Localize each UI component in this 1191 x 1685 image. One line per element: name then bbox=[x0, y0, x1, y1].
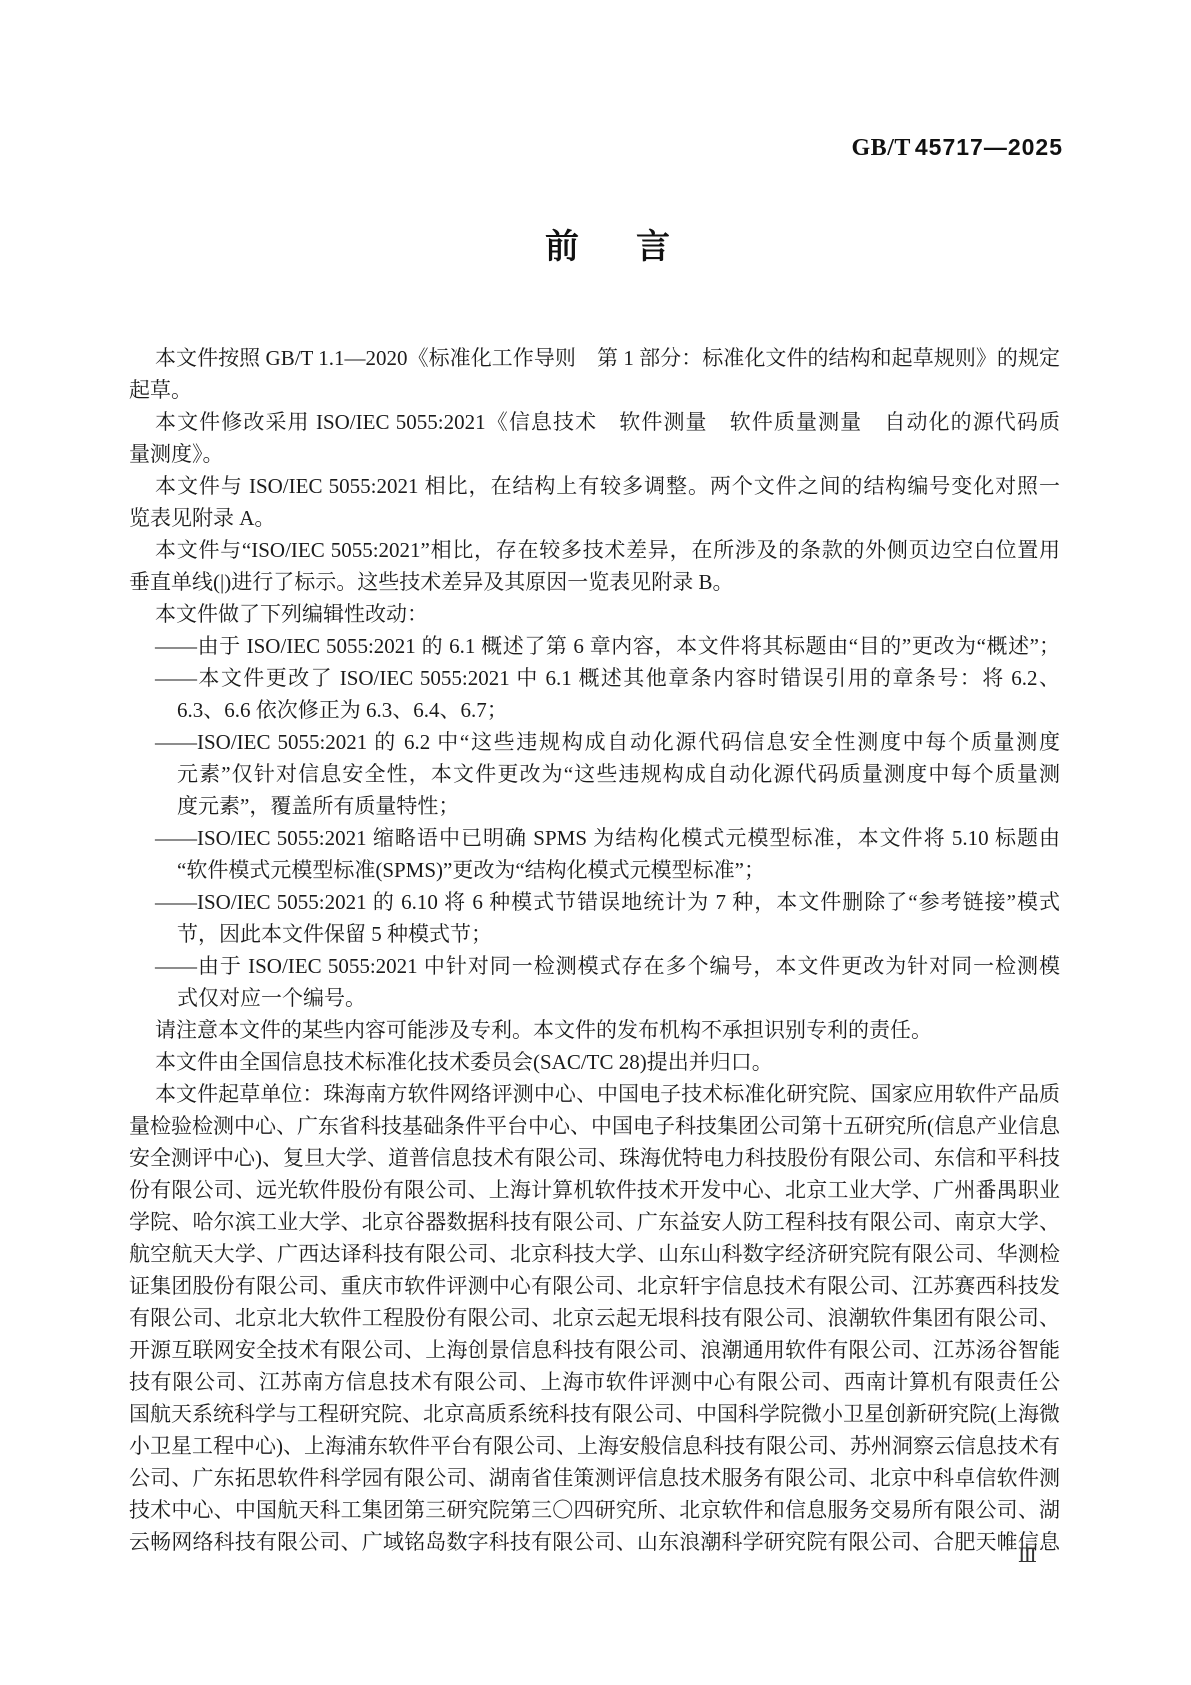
text-line: ——ISO/IEC 5055:2021 的 6.2 中“这些违规构成自动化源代码… bbox=[129, 726, 1060, 758]
text-line: 本文件由全国信息技术标准化技术委员会(SAC/TC 28)提出并归口。 bbox=[129, 1046, 1060, 1078]
text-line: 公司、广东拓思软件科学园有限公司、湖南省佳策测评信息技术服务有限公司、北京中科卓… bbox=[129, 1462, 1060, 1494]
text-line: 有限公司、北京北大软件工程股份有限公司、北京云起无垠科技有限公司、浪潮软件集团有… bbox=[129, 1302, 1060, 1334]
text-line: 开源互联网安全技术有限公司、上海创景信息科技有限公司、浪潮通用软件有限公司、江苏… bbox=[129, 1334, 1060, 1366]
text-line: 本文件与“ISO/IEC 5055:2021”相比，存在较多技术差异，在所涉及的… bbox=[129, 534, 1060, 566]
text-line: ——ISO/IEC 5055:2021 缩略语中已明确 SPMS 为结构化模式元… bbox=[129, 822, 1060, 854]
text-line: 技有限公司、江苏南方信息技术有限公司、上海市软件评测中心有限公司、西南计算机有限… bbox=[129, 1366, 1060, 1398]
page-number: Ⅲ bbox=[1018, 1546, 1037, 1566]
text-line: 技术中心、中国航天科工集团第三研究院第三〇四研究所、北京软件和信息服务交易所有限… bbox=[129, 1494, 1060, 1526]
foreword-body: 本文件按照 GB/T 1.1—2020《标准化工作导则 第 1 部分：标准化文件… bbox=[129, 342, 1060, 1558]
text-line: 垂直单线(|)进行了标示。这些技术差异及其原因一览表见附录 B。 bbox=[129, 566, 1060, 598]
text-line: 起草。 bbox=[129, 374, 1060, 406]
text-line: ——由于 ISO/IEC 5055:2021 的 6.1 概述了第 6 章内容，… bbox=[129, 630, 1060, 662]
standard-number: GB/T 45717—2025 bbox=[852, 134, 1063, 162]
text-line: ——本文件更改了 ISO/IEC 5055:2021 中 6.1 概述其他章条内… bbox=[129, 662, 1060, 694]
text-line: ——ISO/IEC 5055:2021 的 6.10 将 6 种模式节错误地统计… bbox=[129, 886, 1060, 918]
text-line: 本文件按照 GB/T 1.1—2020《标准化工作导则 第 1 部分：标准化文件… bbox=[129, 342, 1060, 374]
text-line: 本文件起草单位：珠海南方软件网络评测中心、中国电子技术标准化研究院、国家应用软件… bbox=[129, 1078, 1060, 1110]
text-line: 式仅对应一个编号。 bbox=[129, 982, 1060, 1014]
foreword-title: 前 言 bbox=[12, 228, 1191, 266]
standard-code: 45717—2025 bbox=[915, 134, 1063, 160]
foreword-title-char-second: 言 bbox=[636, 228, 670, 266]
text-line: 览表见附录 A。 bbox=[129, 502, 1060, 534]
text-line: 量测度》。 bbox=[129, 438, 1060, 470]
text-line: 度元素”，覆盖所有质量特性； bbox=[129, 790, 1060, 822]
text-line: 元素”仅针对信息安全性，本文件更改为“这些违规构成自动化源代码质量测度中每个质量… bbox=[129, 758, 1060, 790]
text-line: 国航天系统科学与工程研究院、北京高质系统科技有限公司、中国科学院微小卫星创新研究… bbox=[129, 1398, 1060, 1430]
text-line: 航空航天大学、广西达译科技有限公司、北京科技大学、山东山科数字经济研究院有限公司… bbox=[129, 1238, 1060, 1270]
text-line: 请注意本文件的某些内容可能涉及专利。本文件的发布机构不承担识别专利的责任。 bbox=[129, 1014, 1060, 1046]
text-line: 6.3、6.6 依次修正为 6.3、6.4、6.7； bbox=[129, 694, 1060, 726]
text-line: 学院、哈尔滨工业大学、北京谷器数据科技有限公司、广东益安人防工程科技有限公司、南… bbox=[129, 1206, 1060, 1238]
text-line: 证集团股份有限公司、重庆市软件评测中心有限公司、北京轩宇信息技术有限公司、江苏赛… bbox=[129, 1270, 1060, 1302]
document-page: GB/T 45717—2025 前 言 本文件按照 GB/T 1.1—2020《… bbox=[0, 0, 1191, 1685]
text-line: 云畅网络科技有限公司、广域铭岛数字科技有限公司、山东浪潮科学研究院有限公司、合肥… bbox=[129, 1526, 1060, 1558]
text-line: “软件模式元模型标准(SPMS)”更改为“结构化模式元模型标准”； bbox=[129, 854, 1060, 886]
text-line: 份有限公司、远光软件股份有限公司、上海计算机软件技术开发中心、北京工业大学、广州… bbox=[129, 1174, 1060, 1206]
text-line: 量检验检测中心、广东省科技基础条件平台中心、中国电子科技集团公司第十五研究所(信… bbox=[129, 1110, 1060, 1142]
foreword-title-char-first: 前 bbox=[545, 228, 579, 266]
text-line: 小卫星工程中心)、上海浦东软件平台有限公司、上海安般信息科技有限公司、苏州洞察云… bbox=[129, 1430, 1060, 1462]
text-line: 节，因此本文件保留 5 种模式节； bbox=[129, 918, 1060, 950]
text-line: 本文件做了下列编辑性改动： bbox=[129, 598, 1060, 630]
text-line: ——由于 ISO/IEC 5055:2021 中针对同一检测模式存在多个编号，本… bbox=[129, 950, 1060, 982]
text-line: 本文件修改采用 ISO/IEC 5055:2021《信息技术 软件测量 软件质量… bbox=[129, 406, 1060, 438]
text-line: 安全测评中心)、复旦大学、道普信息技术有限公司、珠海优特电力科技股份有限公司、东… bbox=[129, 1142, 1060, 1174]
text-line: 本文件与 ISO/IEC 5055:2021 相比，在结构上有较多调整。两个文件… bbox=[129, 470, 1060, 502]
standard-prefix: GB/T bbox=[852, 135, 911, 161]
